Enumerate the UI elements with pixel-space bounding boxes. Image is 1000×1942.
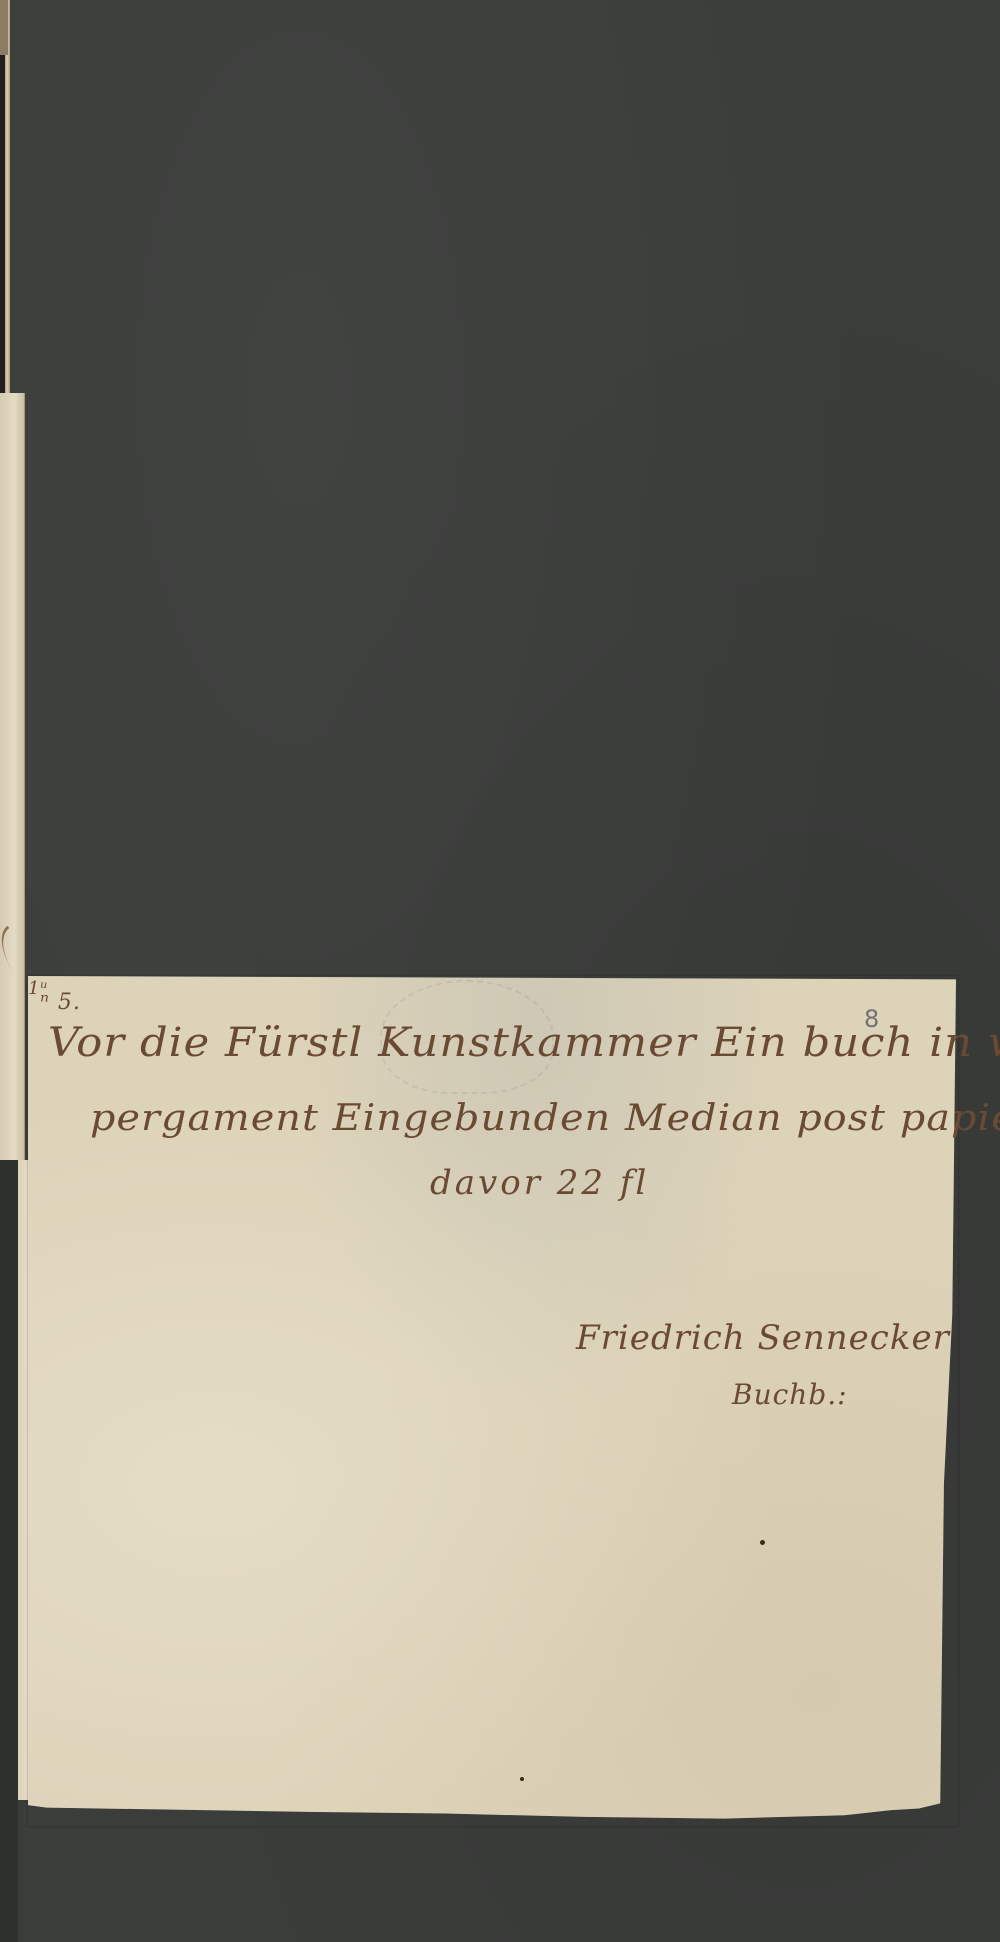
signature-title: Buchb.: bbox=[732, 1378, 848, 1411]
signature-name: Friedrich Sennecker bbox=[576, 1318, 950, 1358]
margin-note-b: ⁿ 5. bbox=[40, 990, 81, 1015]
ink-speck bbox=[760, 1540, 765, 1545]
left-paper-strip-top bbox=[0, 0, 8, 55]
ink-speck bbox=[520, 1777, 524, 1781]
text-line-1: Vor die Fürstl Kunstkammer Ein buch in w… bbox=[48, 1020, 1000, 1066]
text-line-3-amount: davor 22 fl bbox=[430, 1163, 649, 1203]
text-line-2: pergament Eingebunden Median post papier bbox=[90, 1098, 1000, 1139]
left-paper-strip bbox=[0, 393, 25, 1168]
lower-left-shadow bbox=[0, 1160, 18, 1942]
left-paper-strip-upper bbox=[5, 0, 10, 395]
